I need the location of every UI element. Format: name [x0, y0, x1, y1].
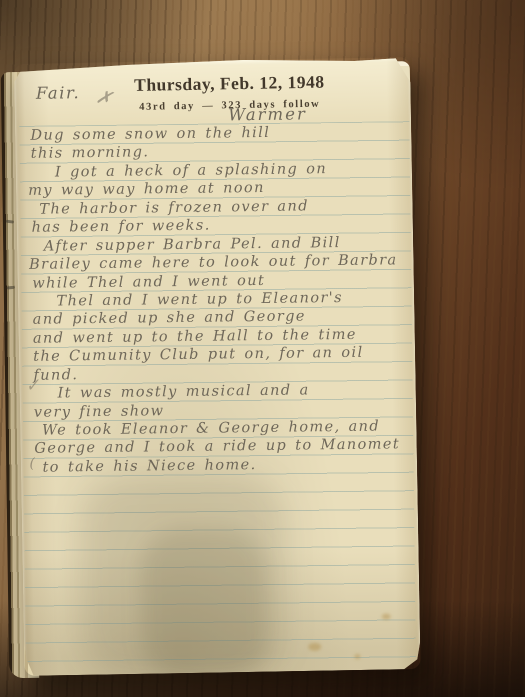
- fore-edge-pencil-mark: [7, 286, 15, 290]
- weather-note-fair: Fair.: [36, 83, 80, 103]
- fore-edge-pencil-mark: [6, 220, 14, 224]
- foxing-spot: [354, 654, 360, 659]
- photo-scene: Thursday, Feb. 12, 1948 43rd day — 323 d…: [0, 0, 525, 697]
- margin-check-mark: ✓: [24, 375, 40, 397]
- diary-page: Thursday, Feb. 12, 1948 43rd day — 323 d…: [14, 57, 421, 676]
- camera-shadow: [140, 528, 268, 680]
- pen-flourish-mark: ✗: [94, 85, 115, 110]
- stray-pen-mark: (: [29, 456, 35, 472]
- weather-note-warmer: Warmer: [228, 104, 307, 124]
- diary-entry: Dug some snow on the hill this morning. …: [16, 122, 412, 477]
